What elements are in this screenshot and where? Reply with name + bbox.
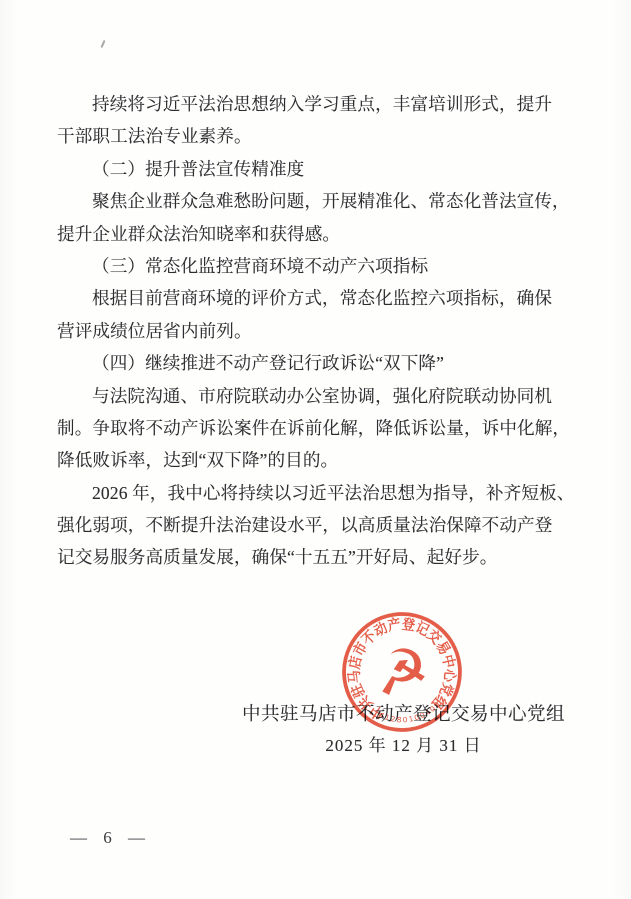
body-line: 营评成绩位居省内前列。 [57,315,579,347]
body-line: 制。争取将不动产诉讼案件在诉前化解，降低诉讼量，诉中化解， [57,412,579,444]
signature-block: 中共驻马店市不动产登记交易中心党组 2025 年 12 月 31 日 [240,703,567,756]
document-body: 持续将习近平法治思想纳入学习重点，丰富培训形式，提升 干部职工法治专业素养。 （… [57,88,579,574]
body-line: 与法院沟通、市府院联动办公室协调，强化府院联动协同机 [57,380,579,412]
signature-date: 2025 年 12 月 31 日 [240,735,567,756]
body-line: 干部职工法治专业素养。 [57,120,579,152]
section-heading: （三）常态化监控营商环境不动产六项指标 [57,250,579,282]
body-line: 降低败诉率，达到“双下降”的目的。 [57,444,579,476]
body-line: 持续将习近平法治思想纳入学习重点，丰富培训形式，提升 [57,88,579,120]
signer-organization: 中共驻马店市不动产登记交易中心党组 [240,703,567,726]
document-page: 持续将习近平法治思想纳入学习重点，丰富培训形式，提升 干部职工法治专业素养。 （… [0,0,631,899]
body-line: 根据目前营商环境的评价方式，常态化监控六项指标，确保 [57,282,579,314]
hammer-sickle-icon: ☭ [370,634,433,711]
section-heading: （二）提升普法宣传精准度 [57,153,579,185]
page-number: — 6 — [70,828,146,848]
section-heading: （四）继续推进不动产登记行政诉讼“双下降” [57,347,579,379]
body-line: 聚焦企业群众急难愁盼问题，开展精准化、常态化普法宣传， [57,185,579,217]
body-line: 2026 年，我中心将持续以习近平法治思想为指导，补齐短板、 [57,477,579,509]
pen-mark [100,40,105,48]
body-line: 记交易服务高质量发展，确保“十五五”开好局、起好步。 [57,541,579,573]
body-line: 强化弱项，不断提升法治建设水平，以高质量法治保障不动产登 [57,509,579,541]
body-line: 提升企业群众法治知晓率和获得感。 [57,218,579,250]
